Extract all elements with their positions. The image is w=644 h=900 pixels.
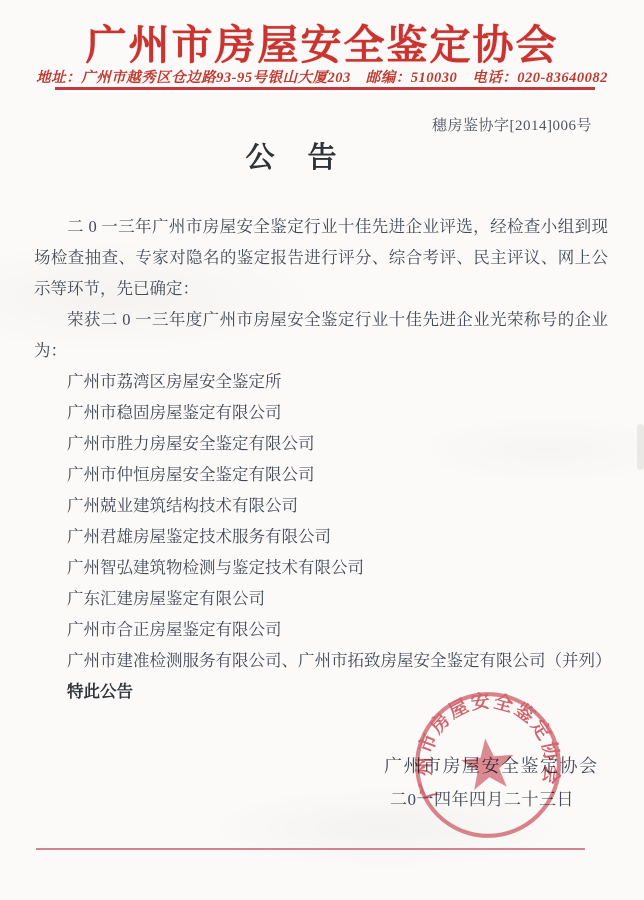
notice-title: 公 告 [0, 135, 614, 176]
company-list: 广州市荔湾区房屋安全鉴定所 广州市稳固房屋鉴定有限公司 广州市胜力房屋安全鉴定有… [34, 366, 608, 676]
company-list-item: 广州市荔湾区房屋安全鉴定所 [34, 366, 608, 397]
footer-divider [36, 848, 585, 850]
letterhead-address-line: 地址：广州市越秀区仓边路93-95号银山大厦203 邮编：510030 电话：0… [0, 66, 644, 87]
company-list-item: 广州市仲恒房屋安全鉴定有限公司 [34, 459, 608, 490]
body-paragraph-2: 荣获二 0 一三年度广州市房屋安全鉴定行业十佳先进企业光荣称号的企业为： [34, 304, 608, 366]
company-list-item: 广州市胜力房屋安全鉴定有限公司 [34, 428, 608, 459]
company-list-item: 广州君雄房屋鉴定技术服务有限公司 [34, 521, 608, 552]
letterhead-divider [55, 87, 595, 90]
document-body: 二 0 一三年广州市房屋安全鉴定行业十佳先进企业评选，经检查小组到现场检查抽查、… [34, 211, 608, 707]
official-seal-stamp-icon: 广州市房屋安全鉴定协会 [403, 680, 572, 849]
company-list-item: 广州兢业建筑结构技术有限公司 [34, 490, 608, 521]
letterhead-org-name: 广州市房屋安全鉴定协会 [0, 12, 644, 71]
company-list-item: 广东汇建房屋鉴定有限公司 [34, 583, 608, 614]
scanned-announcement-document: 广州市房屋安全鉴定协会 地址：广州市越秀区仓边路93-95号银山大厦203 邮编… [0, 0, 644, 900]
seal-star-icon [459, 736, 517, 791]
company-list-item: 广州市稳固房屋鉴定有限公司 [34, 397, 608, 428]
document-number: 穗房鉴协字[2014]006号 [432, 114, 592, 135]
company-list-item: 广州市合正房屋鉴定有限公司 [34, 614, 608, 645]
company-list-item: 广州市建准检测服务有限公司、广州市拓致房屋安全鉴定有限公司（并列） [34, 645, 608, 676]
company-list-item: 广州智弘建筑物检测与鉴定技术有限公司 [34, 552, 608, 583]
scan-artifact [637, 424, 644, 470]
body-paragraph-1: 二 0 一三年广州市房屋安全鉴定行业十佳先进企业评选，经检查小组到现场检查抽查、… [34, 211, 608, 304]
